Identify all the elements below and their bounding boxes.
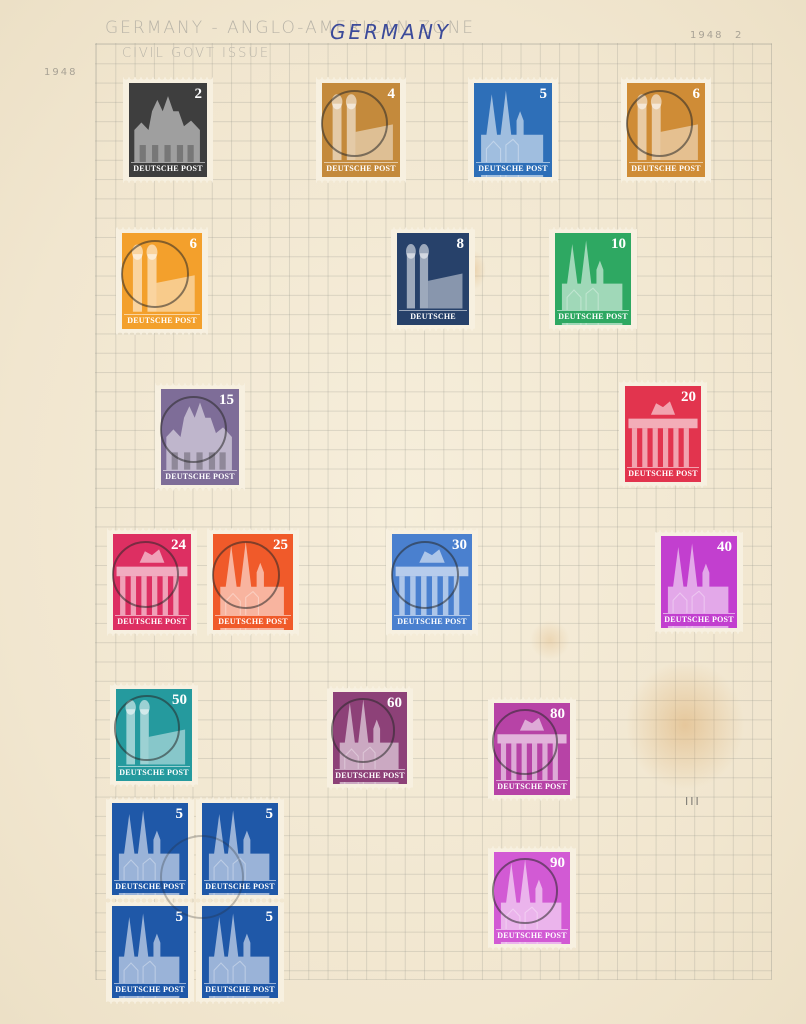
stamp-face: 6 DEUTSCHE POST [122,233,202,329]
year-top-right: 1948 [690,30,723,41]
stamp-inscription: DEUTSCHE POST [557,310,628,323]
stamp-face: 20 DEUTSCHE POST [625,386,701,482]
block-stamp-5: 5 DEUTSCHE POST [196,900,284,1004]
stamp-inscription: DEUTSCHE POST [115,615,188,628]
stamp-inscription: DEUTSCHE POST [496,780,567,793]
block-stamp-5: 5 DEUTSCHE POST [106,900,194,1004]
stamp-inscription: DEUTSCHE POST [163,470,236,483]
stamp-face: 15 DEUTSCHE POST [161,389,239,485]
stamp-value: 90 [550,856,565,871]
stamp-inscription: DEUTSCHE POST [335,769,405,782]
stamp-50: 50 DEUTSCHE POST [110,683,198,787]
stamp-20: 20 DEUTSCHE POST [619,380,707,488]
stamp-face: 8 DEUTSCHE POST [397,233,469,325]
stamp-inscription: DEUTSCHE POST [131,162,204,175]
stamp-inscription: DEUTSCHE POST [476,162,549,175]
ink-title: GERMANY [330,20,451,44]
stamp-value: 5 [266,910,274,925]
stamp-value: 5 [176,910,184,925]
stamp-face: 50 DEUTSCHE POST [116,689,192,781]
stamp-8: 8 DEUTSCHE POST [391,227,475,331]
stamp-value: 15 [219,393,234,408]
year-left-margin: 1948 [44,67,77,78]
stamp-value: 4 [388,87,396,102]
stamp-inscription: DEUTSCHE POST [394,615,469,628]
stamp-6: 6 DEUTSCHE POST [116,227,208,335]
roman-numeral: III [685,795,701,808]
stamp-inscription: DEUTSCHE POST [663,613,734,626]
stamp-value: 2 [195,87,203,102]
stamp-face: 4 DEUTSCHE POST [322,83,400,177]
stamp-value: 80 [550,707,565,722]
stamp-10: 10 DEUTSCHE POST [549,227,637,331]
stamp-value: 6 [693,87,701,102]
stamp-24: 24 DEUTSCHE POST [107,528,197,636]
stamp-face: 90 DEUTSCHE POST [494,852,570,944]
stamp-face: 10 DEUTSCHE POST [555,233,631,325]
stamp-face: 5 DEUTSCHE POST [112,803,188,895]
stamp-value: 5 [176,807,184,822]
stamp-value: 24 [171,538,186,553]
stamp-face: 30 DEUTSCHE POST [392,534,472,630]
stamp-value: 6 [190,237,198,252]
stamp-inscription: DEUTSCHE POST [204,983,275,996]
stamp-inscription: DEUTSCHE POST [627,467,698,480]
stamp-face: 80 DEUTSCHE POST [494,703,570,795]
stamp-inscription: DEUTSCHE POST [118,766,189,779]
stamp-inscription: DEUTSCHE POST [114,983,185,996]
stamp-90: 90 DEUTSCHE POST [488,846,576,950]
stamp-inscription: DEUTSCHE POST [496,929,567,942]
stamp-15: 15 DEUTSCHE POST [155,383,245,491]
stamp-face: 6 DEUTSCHE POST [627,83,705,177]
stamp-5: 5 DEUTSCHE POST [468,77,558,183]
stamp-face: 5 DEUTSCHE POST [112,906,188,998]
stamp-value: 40 [717,540,732,555]
stamp-face: 60 DEUTSCHE POST [333,692,407,784]
pencil-subtitle: CIVIL GOVT ISSUE [122,46,270,61]
stamp-face: 24 DEUTSCHE POST [113,534,191,630]
stamp-inscription: DEUTSCHE POST [324,162,397,175]
stamp-face: 2 DEUTSCHE POST [129,83,207,177]
block-stamp-5: 5 DEUTSCHE POST [196,797,284,901]
stamp-6: 6 DEUTSCHE POST [621,77,711,183]
stamp-value: 25 [273,538,288,553]
stamp-value: 20 [681,390,696,405]
stamp-face: 5 DEUTSCHE POST [202,803,278,895]
stamp-30: 30 DEUTSCHE POST [386,528,478,636]
stamp-inscription: DEUTSCHE POST [114,880,185,893]
stamp-inscription: DEUTSCHE POST [204,880,275,893]
stamp-value: 50 [172,693,187,708]
foxing-stain [530,620,570,660]
stamp-inscription: DEUTSCHE POST [629,162,702,175]
stamp-60: 60 DEUTSCHE POST [327,686,413,790]
album-page: GERMANY - ANGLO-AMERICAN ZONE GERMANY CI… [0,0,806,1024]
stamp-face: 40 DEUTSCHE POST [661,536,737,628]
stamp-face: 25 DEUTSCHE POST [213,534,293,630]
foxing-stain [625,660,745,790]
stamp-value: 5 [266,807,274,822]
stamp-2: 2 DEUTSCHE POST [123,77,213,183]
stamp-4: 4 DEUTSCHE POST [316,77,406,183]
stamp-inscription: DEUTSCHE POST [124,314,199,327]
stamp-face: 5 DEUTSCHE POST [202,906,278,998]
stamp-25: 25 DEUTSCHE POST [207,528,299,636]
stamp-value: 10 [611,237,626,252]
stamp-40: 40 DEUTSCHE POST [655,530,743,634]
stamp-face: 5 DEUTSCHE POST [474,83,552,177]
stamp-inscription: DEUTSCHE POST [399,310,467,323]
block-stamp-5: 5 DEUTSCHE POST [106,797,194,901]
stamp-value: 8 [457,237,465,252]
stamp-value: 30 [452,538,467,553]
page-number: 2 [735,30,743,41]
stamp-inscription: DEUTSCHE POST [215,615,290,628]
stamp-value: 5 [540,87,548,102]
stamp-80: 80 DEUTSCHE POST [488,697,576,801]
stamp-value: 60 [387,696,402,711]
